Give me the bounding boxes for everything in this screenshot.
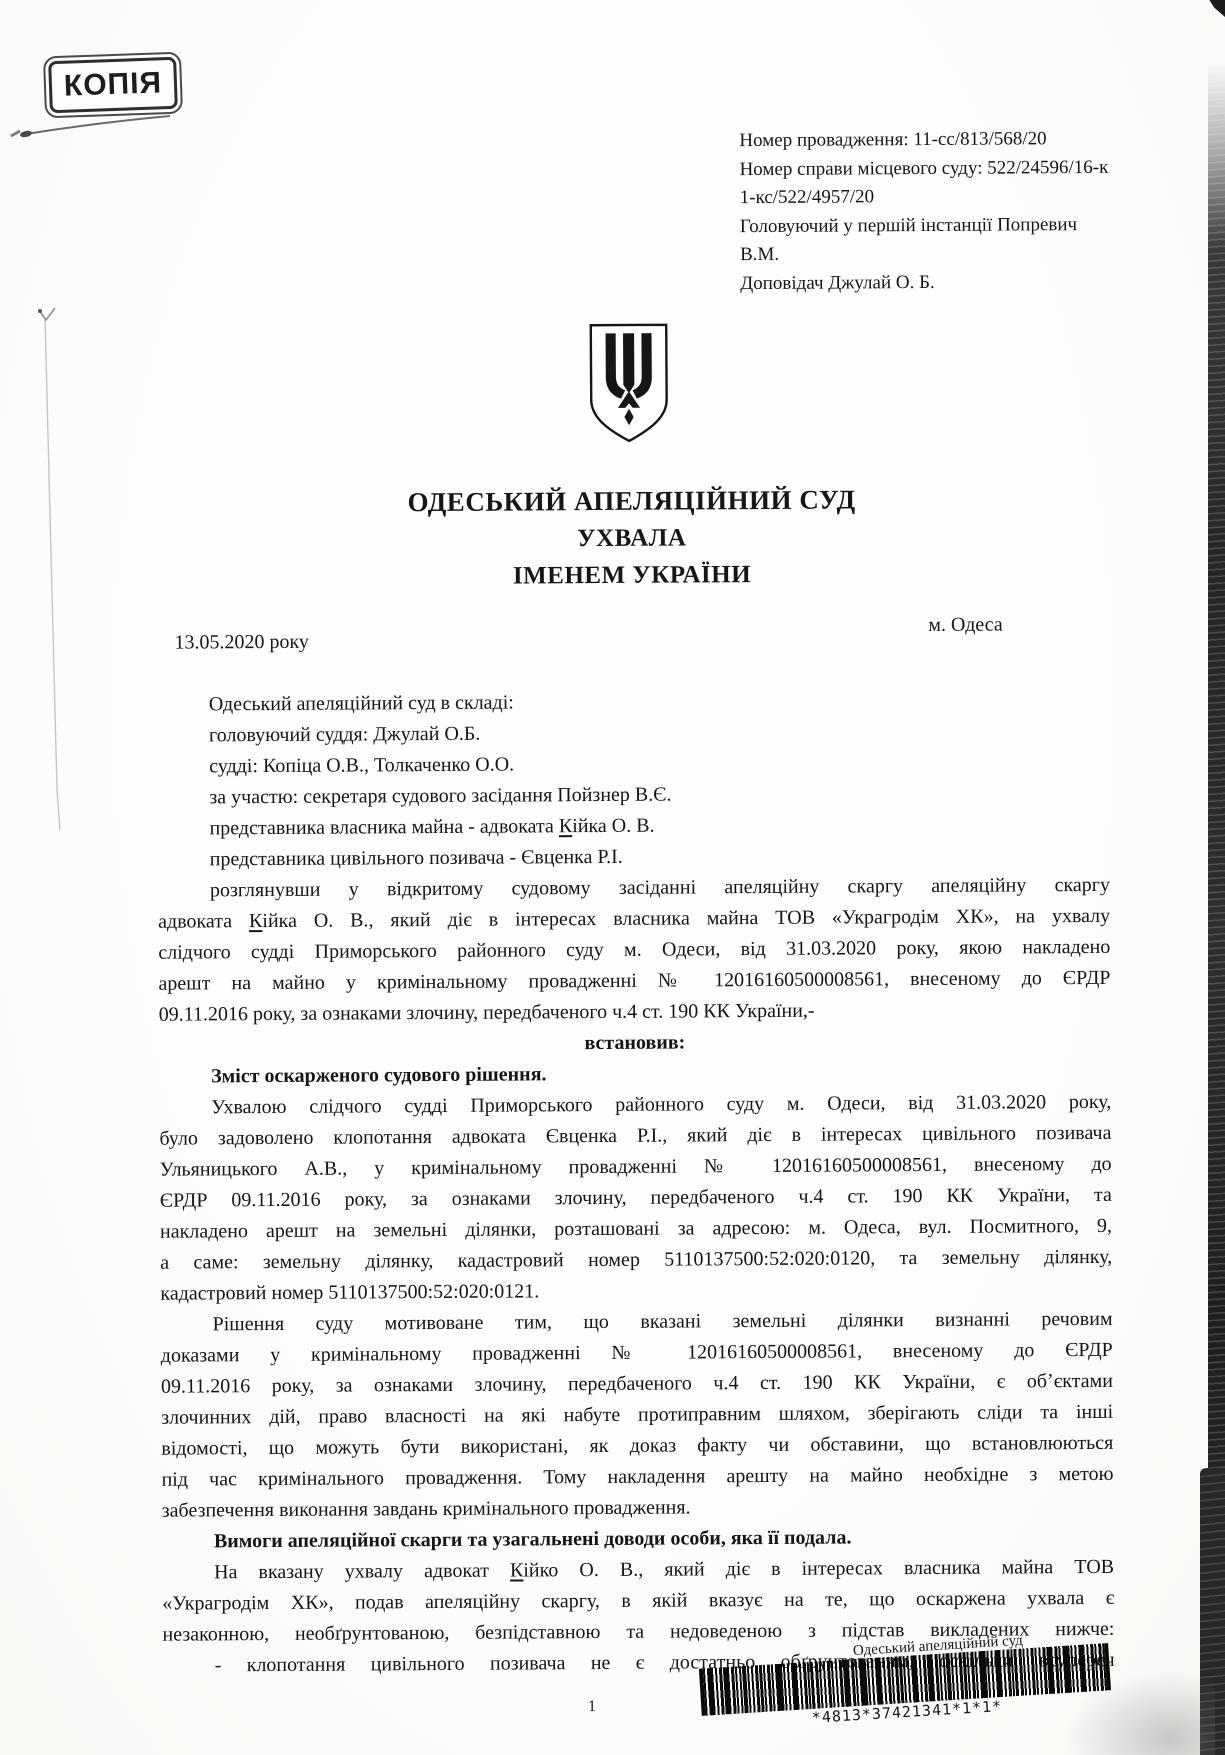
document-title-block: ОДЕСЬКИЙ АПЕЛЯЦІЙНИЙ СУД УХВАЛА ІМЕНЕМ У… [155, 480, 1108, 597]
body-line: а саме: земельну ділянку, кадастровий но… [160, 1242, 1112, 1279]
decision-date: 13.05.2020 року [174, 631, 309, 655]
case-header-line: В.М. [740, 239, 1164, 270]
decision-city: м. Одеса [928, 614, 1003, 637]
document-body: Одеський апеляційний суд в складі: голов… [157, 684, 1115, 1682]
case-header-line: Номер провадження: 11-сс/813/568/20 [739, 125, 1163, 156]
case-header-line: Доповідач Джулай О. Б. [740, 267, 1164, 298]
ukraine-trident-emblem-icon [582, 320, 675, 456]
preamble-line: арешт на майно у кримінальному проваджен… [158, 963, 1110, 1000]
case-header-line: Номер справи місцевого суду: 522/24596/1… [739, 153, 1163, 184]
court-name-title: ОДЕСЬКИЙ АПЕЛЯЦІЙНИЙ СУД [155, 480, 1107, 523]
in-name-of-ukraine-title: ІМЕНЕМ УКРАЇНИ [156, 554, 1108, 597]
case-header: Номер провадження: 11-сс/813/568/20 Номе… [739, 125, 1164, 299]
document-type-title: УХВАЛА [156, 517, 1108, 560]
scanned-court-document-page: КОПІЯ Номер провадження: 11-сс/813/568/2… [0, 0, 1225, 1755]
case-header-line: Головуючий у першій інстанції Попревич [740, 210, 1164, 241]
page-number: 1 [588, 1698, 596, 1716]
document-content: Номер провадження: 11-сс/813/568/20 Номе… [0, 0, 1225, 1755]
case-header-line: 1-кс/522/4957/20 [740, 182, 1164, 213]
body-line: під час кримінального провадження. Тому … [161, 1459, 1113, 1496]
